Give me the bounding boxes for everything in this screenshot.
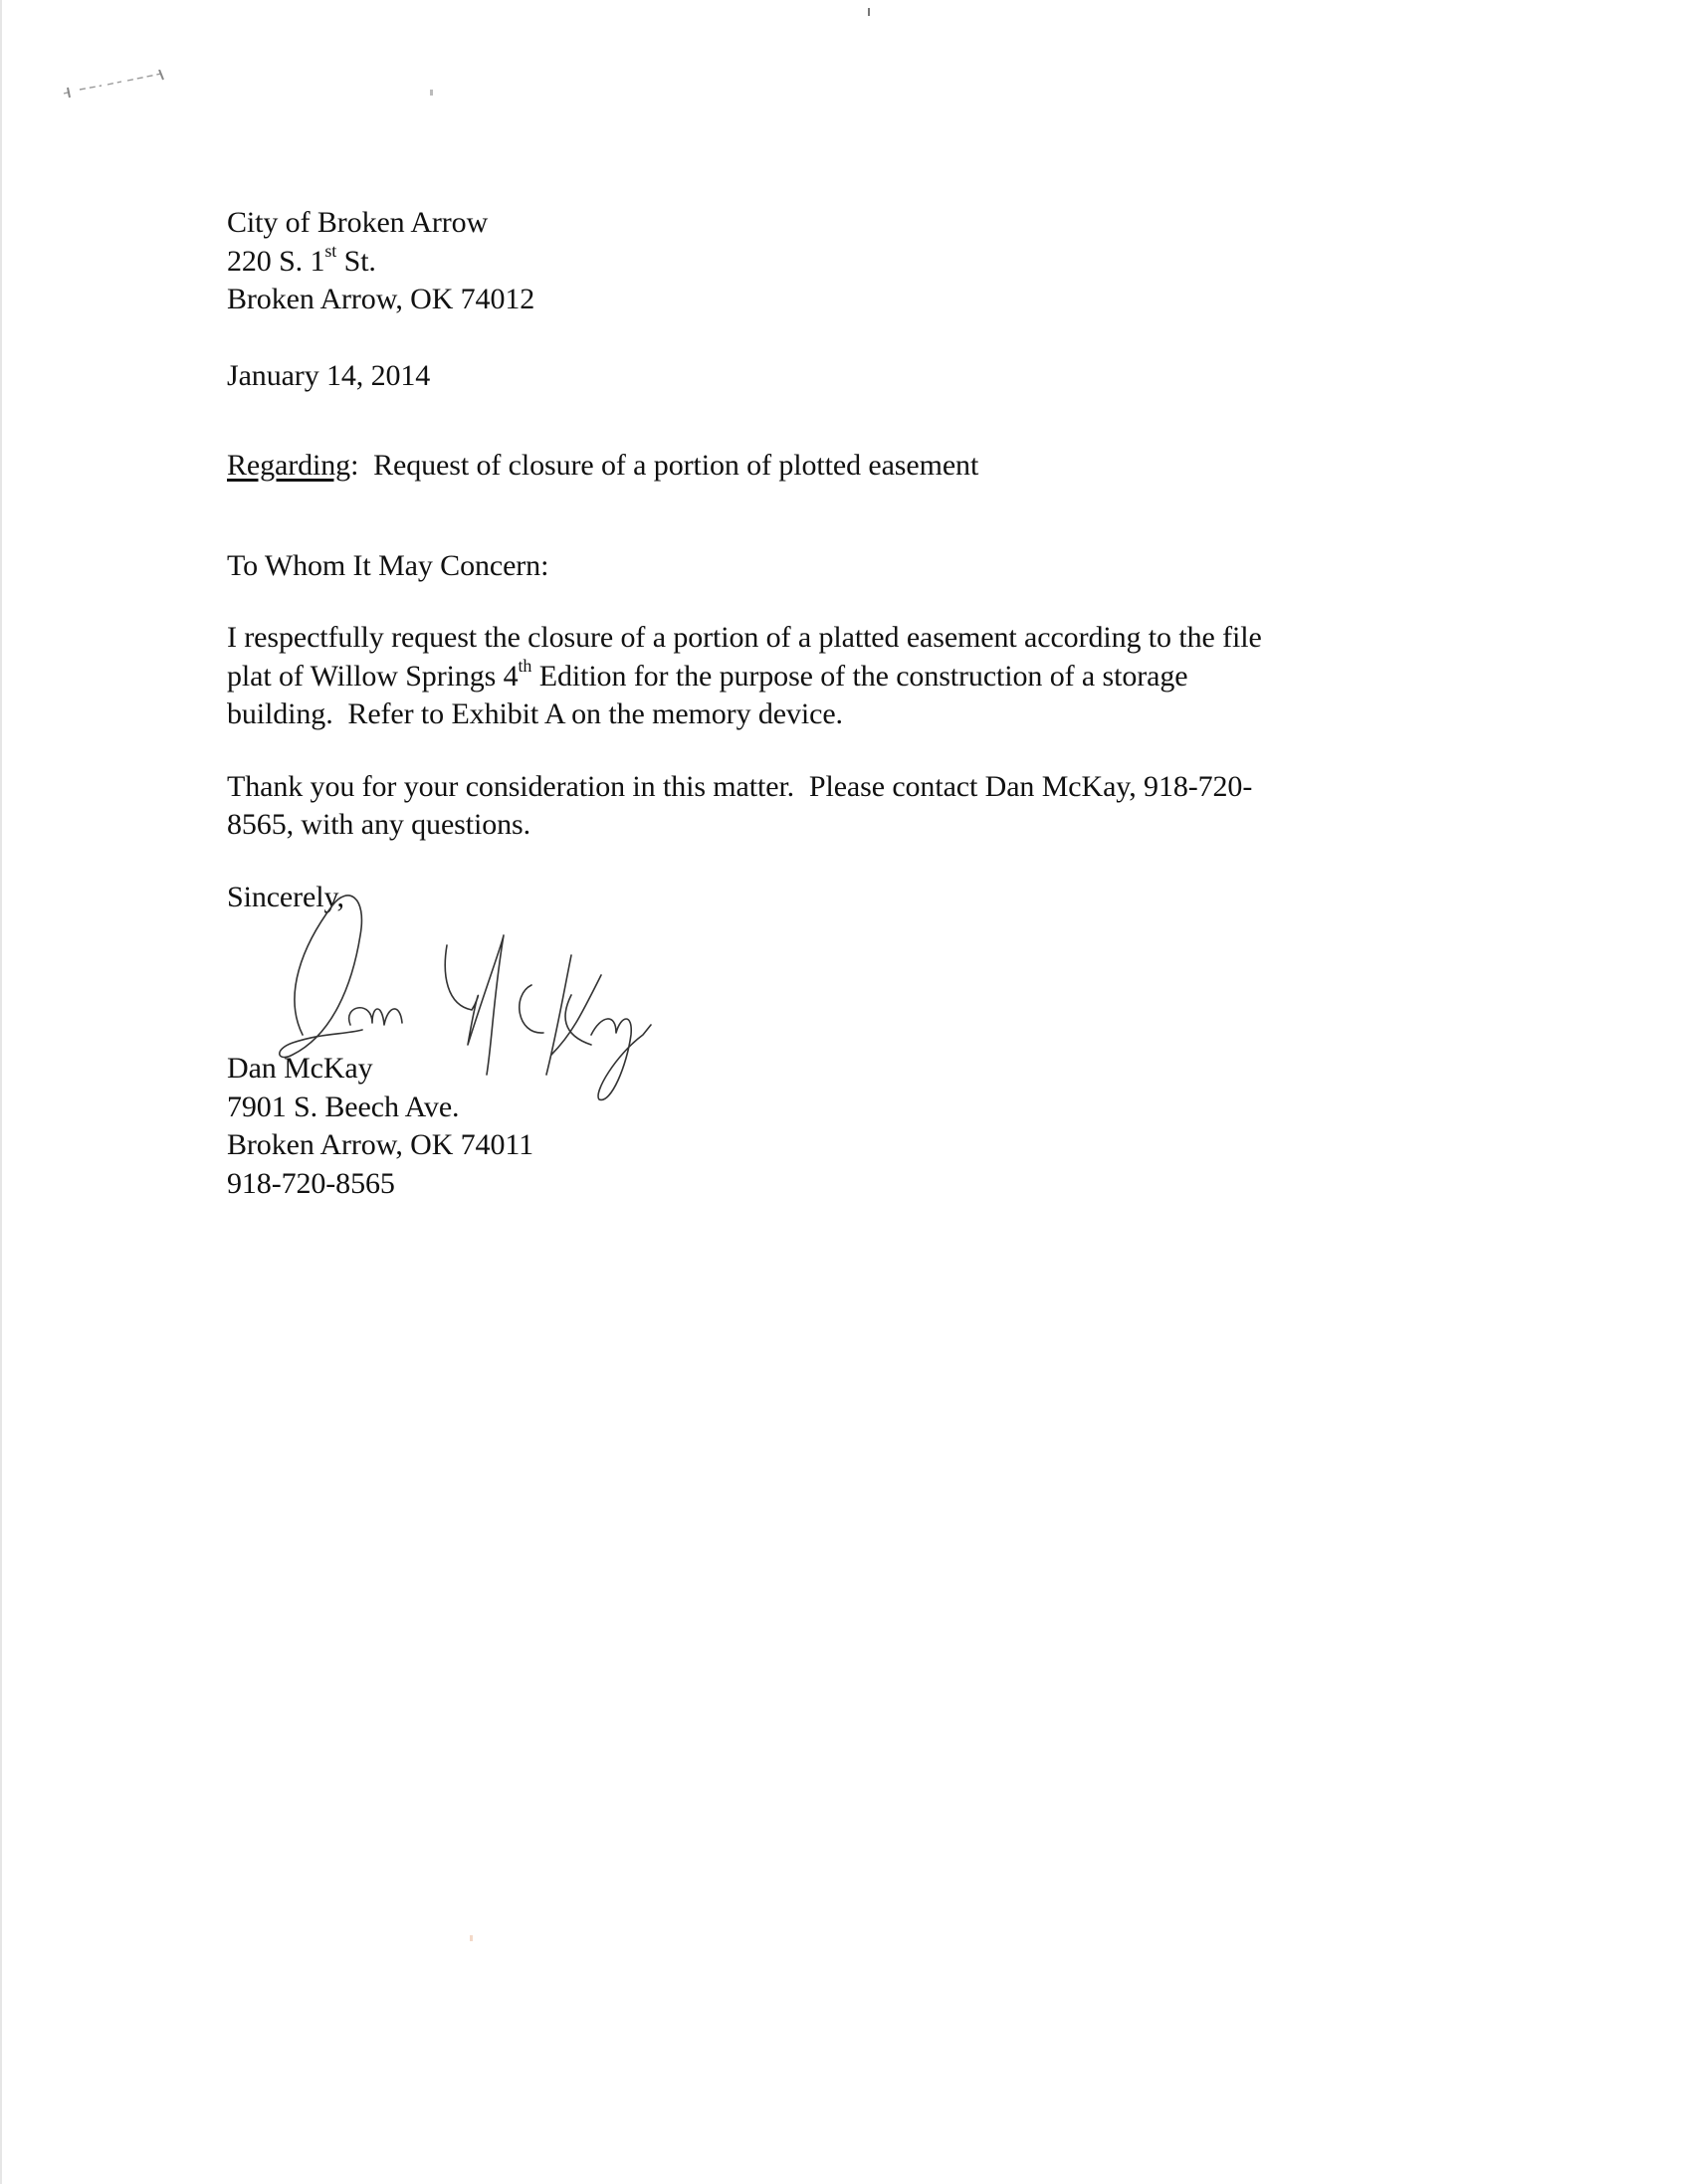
regarding-line: Regarding: Request of closure of a porti…: [227, 447, 1421, 486]
paragraph-text: plat of Willow Springs 4: [227, 660, 519, 693]
recipient-street: 220 S. 1st St.: [227, 243, 1421, 282]
letter-date: January 14, 2014: [227, 357, 1421, 396]
ordinal-suffix: th: [519, 656, 532, 676]
regarding-label: Regarding: [227, 449, 350, 482]
scan-artifact-mark: [62, 70, 171, 99]
paragraph-text: Edition for the purpose of the construct…: [531, 660, 1187, 693]
recipient-city: Broken Arrow, OK 74012: [227, 281, 1421, 319]
ordinal-suffix: st: [324, 241, 336, 261]
recipient-street-number: 220 S. 1: [227, 245, 324, 278]
paragraph-line: 8565, with any questions.: [227, 806, 1381, 845]
paragraph-request: I respectfully request the closure of a …: [227, 619, 1421, 734]
paragraph-line: I respectfully request the closure of a …: [227, 619, 1381, 658]
paragraph-line: plat of Willow Springs 4th Edition for t…: [227, 658, 1381, 696]
sender-phone: 918-720-8565: [227, 1165, 1421, 1204]
scan-speck: [470, 1935, 473, 1941]
sender-city: Broken Arrow, OK 74011: [227, 1126, 1421, 1165]
letter-page: City of Broken Arrow 220 S. 1st St. Brok…: [0, 0, 1684, 2184]
recipient-street-rest: St.: [336, 245, 376, 278]
recipient-block: City of Broken Arrow 220 S. 1st St. Brok…: [227, 204, 1421, 319]
regarding-separator: :: [350, 449, 373, 482]
signature-icon: [273, 886, 740, 1114]
paragraph-line: Thank you for your consideration in this…: [227, 768, 1381, 807]
paragraph-thanks: Thank you for your consideration in this…: [227, 768, 1421, 845]
recipient-name: City of Broken Arrow: [227, 204, 1421, 243]
scan-speck: [430, 90, 433, 96]
paragraph-line: building. Refer to Exhibit A on the memo…: [227, 695, 1381, 734]
salutation: To Whom It May Concern:: [227, 547, 1421, 586]
regarding-text: Request of closure of a portion of plott…: [373, 449, 978, 482]
scan-artifact: [868, 8, 870, 16]
